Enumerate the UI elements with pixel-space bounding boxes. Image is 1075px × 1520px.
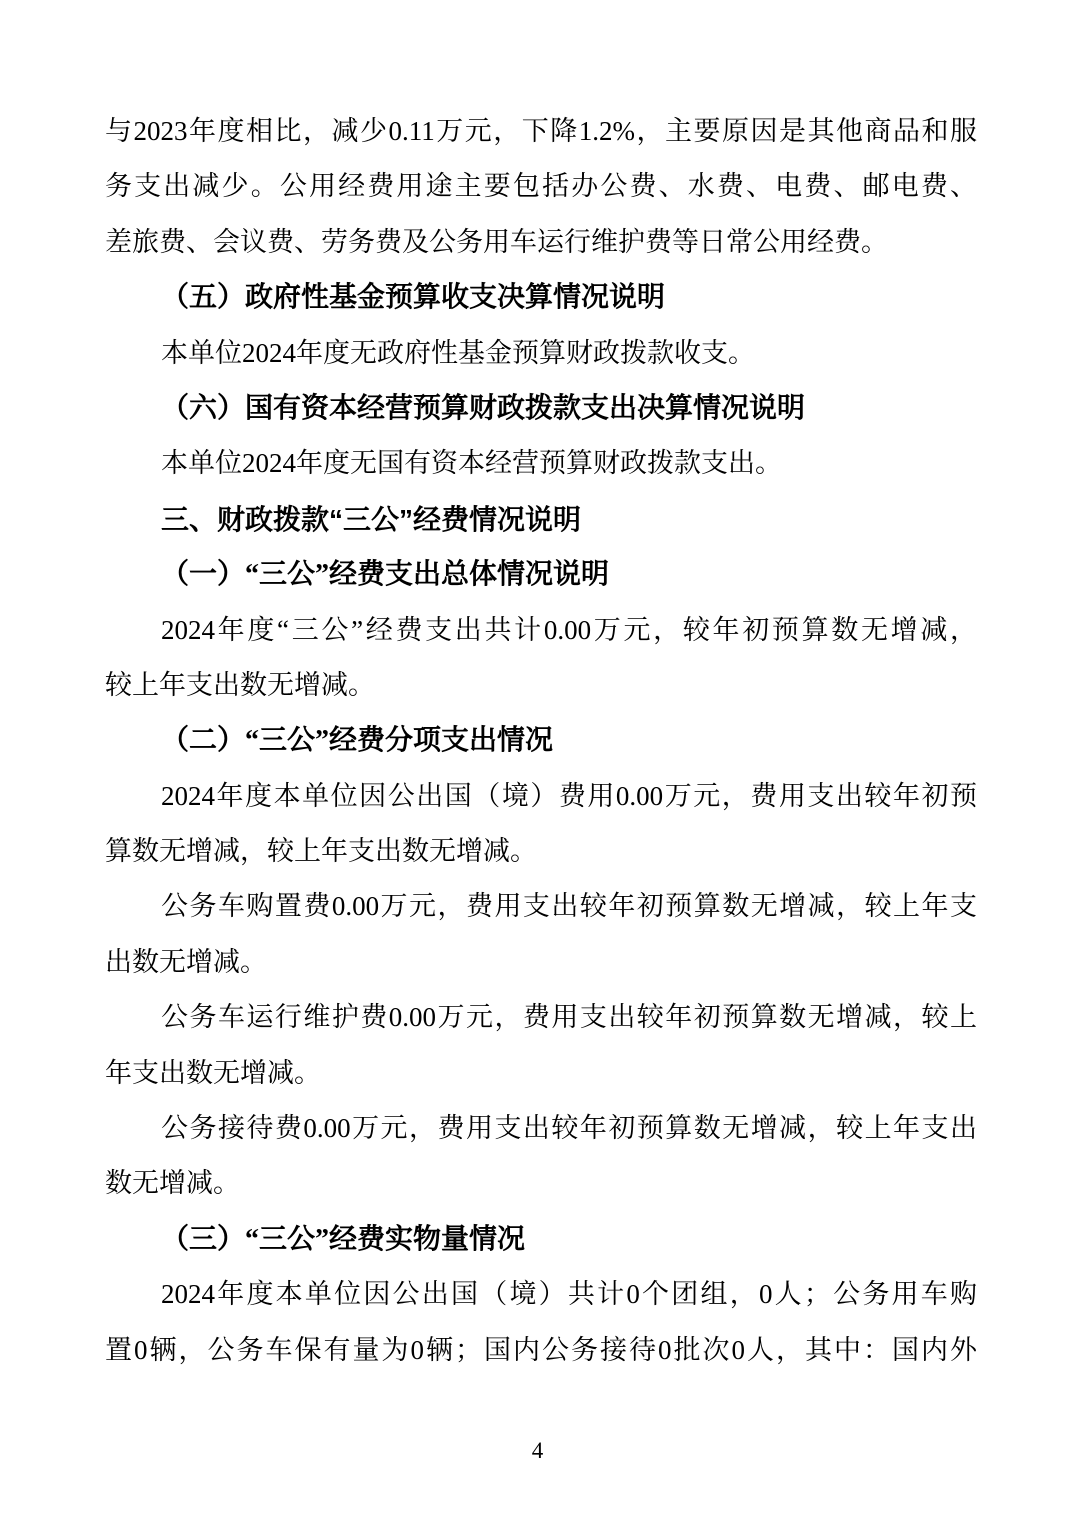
section-heading: （二）“三公”经费分项支出情况: [105, 713, 977, 768]
text-line: 置0辆，公务车保有量为0辆；国内公务接待0批次0人，其中：国内外: [105, 1323, 977, 1378]
section-heading: 三、财政拨款“三公”经费情况说明: [105, 492, 977, 547]
text-line: 与2023年度相比，减少0.11万元，下降1.2%，主要原因是其他商品和服: [105, 104, 977, 159]
text-line: 公务车购置费0.00万元，费用支出较年初预算数无增减，较上年支: [105, 879, 977, 934]
text-line: 公务接待费0.00万元，费用支出较年初预算数无增减，较上年支出: [105, 1101, 977, 1156]
section-heading: （一）“三公”经费支出总体情况说明: [105, 547, 977, 602]
text-line: 公务车运行维护费0.00万元，费用支出较年初预算数无增减，较上: [105, 990, 977, 1045]
text-line: 2024年度本单位因公出国（境）共计0个团组，0人；公务用车购: [105, 1267, 977, 1322]
text-line: 较上年支出数无增减。: [105, 658, 977, 713]
text-line: 年支出数无增减。: [105, 1046, 977, 1101]
text-line: 本单位2024年度无国有资本经营预算财政拨款支出。: [105, 436, 977, 491]
text-line: 务支出减少。公用经费用途主要包括办公费、水费、电费、邮电费、: [105, 159, 977, 214]
section-heading: （六）国有资本经营预算财政拨款支出决算情况说明: [105, 381, 977, 436]
document-body: 与2023年度相比，减少0.11万元，下降1.2%，主要原因是其他商品和服务支出…: [105, 104, 977, 1378]
text-line: 2024年度“三公”经费支出共计0.00万元，较年初预算数无增减，: [105, 603, 977, 658]
document-page: 与2023年度相比，减少0.11万元，下降1.2%，主要原因是其他商品和服务支出…: [0, 0, 1075, 1520]
section-heading: （五）政府性基金预算收支决算情况说明: [105, 270, 977, 325]
section-heading: （三）“三公”经费实物量情况: [105, 1212, 977, 1267]
page-footer: 4: [0, 1438, 1075, 1464]
text-line: 2024年度本单位因公出国（境）费用0.00万元，费用支出较年初预: [105, 769, 977, 824]
page-number: 4: [532, 1438, 544, 1463]
text-line: 出数无增减。: [105, 935, 977, 990]
text-line: 数无增减。: [105, 1156, 977, 1211]
text-line: 本单位2024年度无政府性基金预算财政拨款收支。: [105, 326, 977, 381]
text-line: 算数无增减，较上年支出数无增减。: [105, 824, 977, 879]
text-line: 差旅费、会议费、劳务费及公务用车运行维护费等日常公用经费。: [105, 215, 977, 270]
